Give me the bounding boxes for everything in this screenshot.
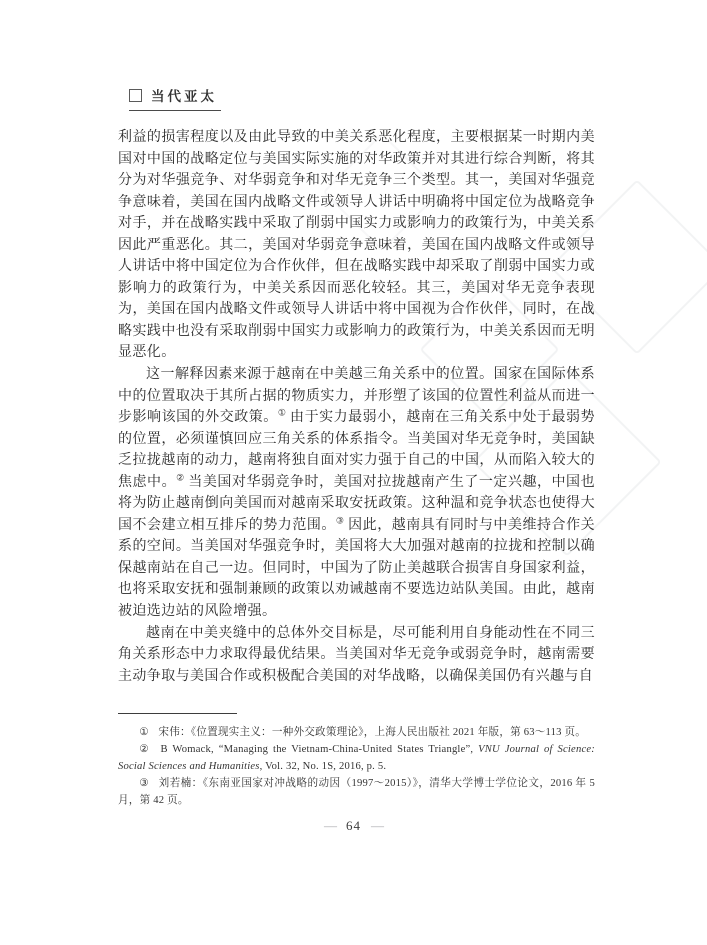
footnote-2: ②B Womack, “Managing the Vietnam-China-U… <box>118 742 595 775</box>
paragraph-3-text: 越南在中美夹缝中的总体外交目标是，尽可能利用自身能动性在不同三角关系形态中力求取… <box>118 626 595 684</box>
article-body: 利益的损害程度以及由此导致的中美关系恶化程度，主要根据某一时期内美国对中国的战略… <box>118 127 595 687</box>
paragraph-2-text: 因此，越南具有同时与中美维持合作关系的空间。当美国对华强竞争时，美国将大大加强对… <box>118 518 595 619</box>
header-square-icon <box>129 89 142 102</box>
paragraph-2: 这一解释因素来源于越南在中美越三角关系中的位置。国家在国际体系中的位置取决于其所… <box>118 364 595 623</box>
footnote-1-text: 宋伟：《位置现实主义：一种外交政策理论》，上海人民出版社 2021 年版，第 6… <box>158 727 586 738</box>
journal-header: 当代亚太 <box>129 85 221 111</box>
footnote-2-marker: ② <box>139 744 151 755</box>
paragraph-1: 利益的损害程度以及由此导致的中美关系恶化程度，主要根据某一时期内美国对中国的战略… <box>118 127 595 364</box>
page-footer: —64— <box>0 818 707 834</box>
footnote-2-text: B Womack, “Managing the Vietnam-China-Un… <box>160 744 478 755</box>
footnote-1-marker: ① <box>139 727 149 738</box>
footer-right-dash: — <box>371 818 383 833</box>
footnote-2-text: , Vol. 32, No. 1S, 2016, p. 5. <box>260 761 387 772</box>
footer-left-dash: — <box>324 818 336 833</box>
paragraph-1-text: 利益的损害程度以及由此导致的中美关系恶化程度，主要根据某一时期内美国对中国的战略… <box>118 130 595 360</box>
footnote-3: ③刘若楠：《东南亚国家对冲战略的动因（1997～2015）》，清华大学博士学位论… <box>118 776 595 809</box>
journal-title: 当代亚太 <box>151 85 217 105</box>
paragraph-3: 越南在中美夹缝中的总体外交目标是，尽可能利用自身能动性在不同三角关系形态中力求取… <box>118 623 595 688</box>
page-number: 64 <box>346 818 361 833</box>
journal-page: 当代亚太 利益的损害程度以及由此导致的中美关系恶化程度，主要根据某一时期内美国对… <box>0 0 707 945</box>
footnotes-section: ①宋伟：《位置现实主义：一种外交政策理论》，上海人民出版社 2021 年版，第 … <box>118 713 595 810</box>
footnote-3-text: 刘若楠：《东南亚国家对冲战略的动因（1997～2015）》，清华大学博士学位论文… <box>118 778 595 805</box>
footnote-1: ①宋伟：《位置现实主义：一种外交政策理论》，上海人民出版社 2021 年版，第 … <box>118 725 595 741</box>
footnote-ref-1: ① <box>278 407 286 417</box>
footnote-3-marker: ③ <box>139 778 149 789</box>
footnote-divider <box>118 713 237 714</box>
footnote-ref-3: ③ <box>336 515 344 525</box>
